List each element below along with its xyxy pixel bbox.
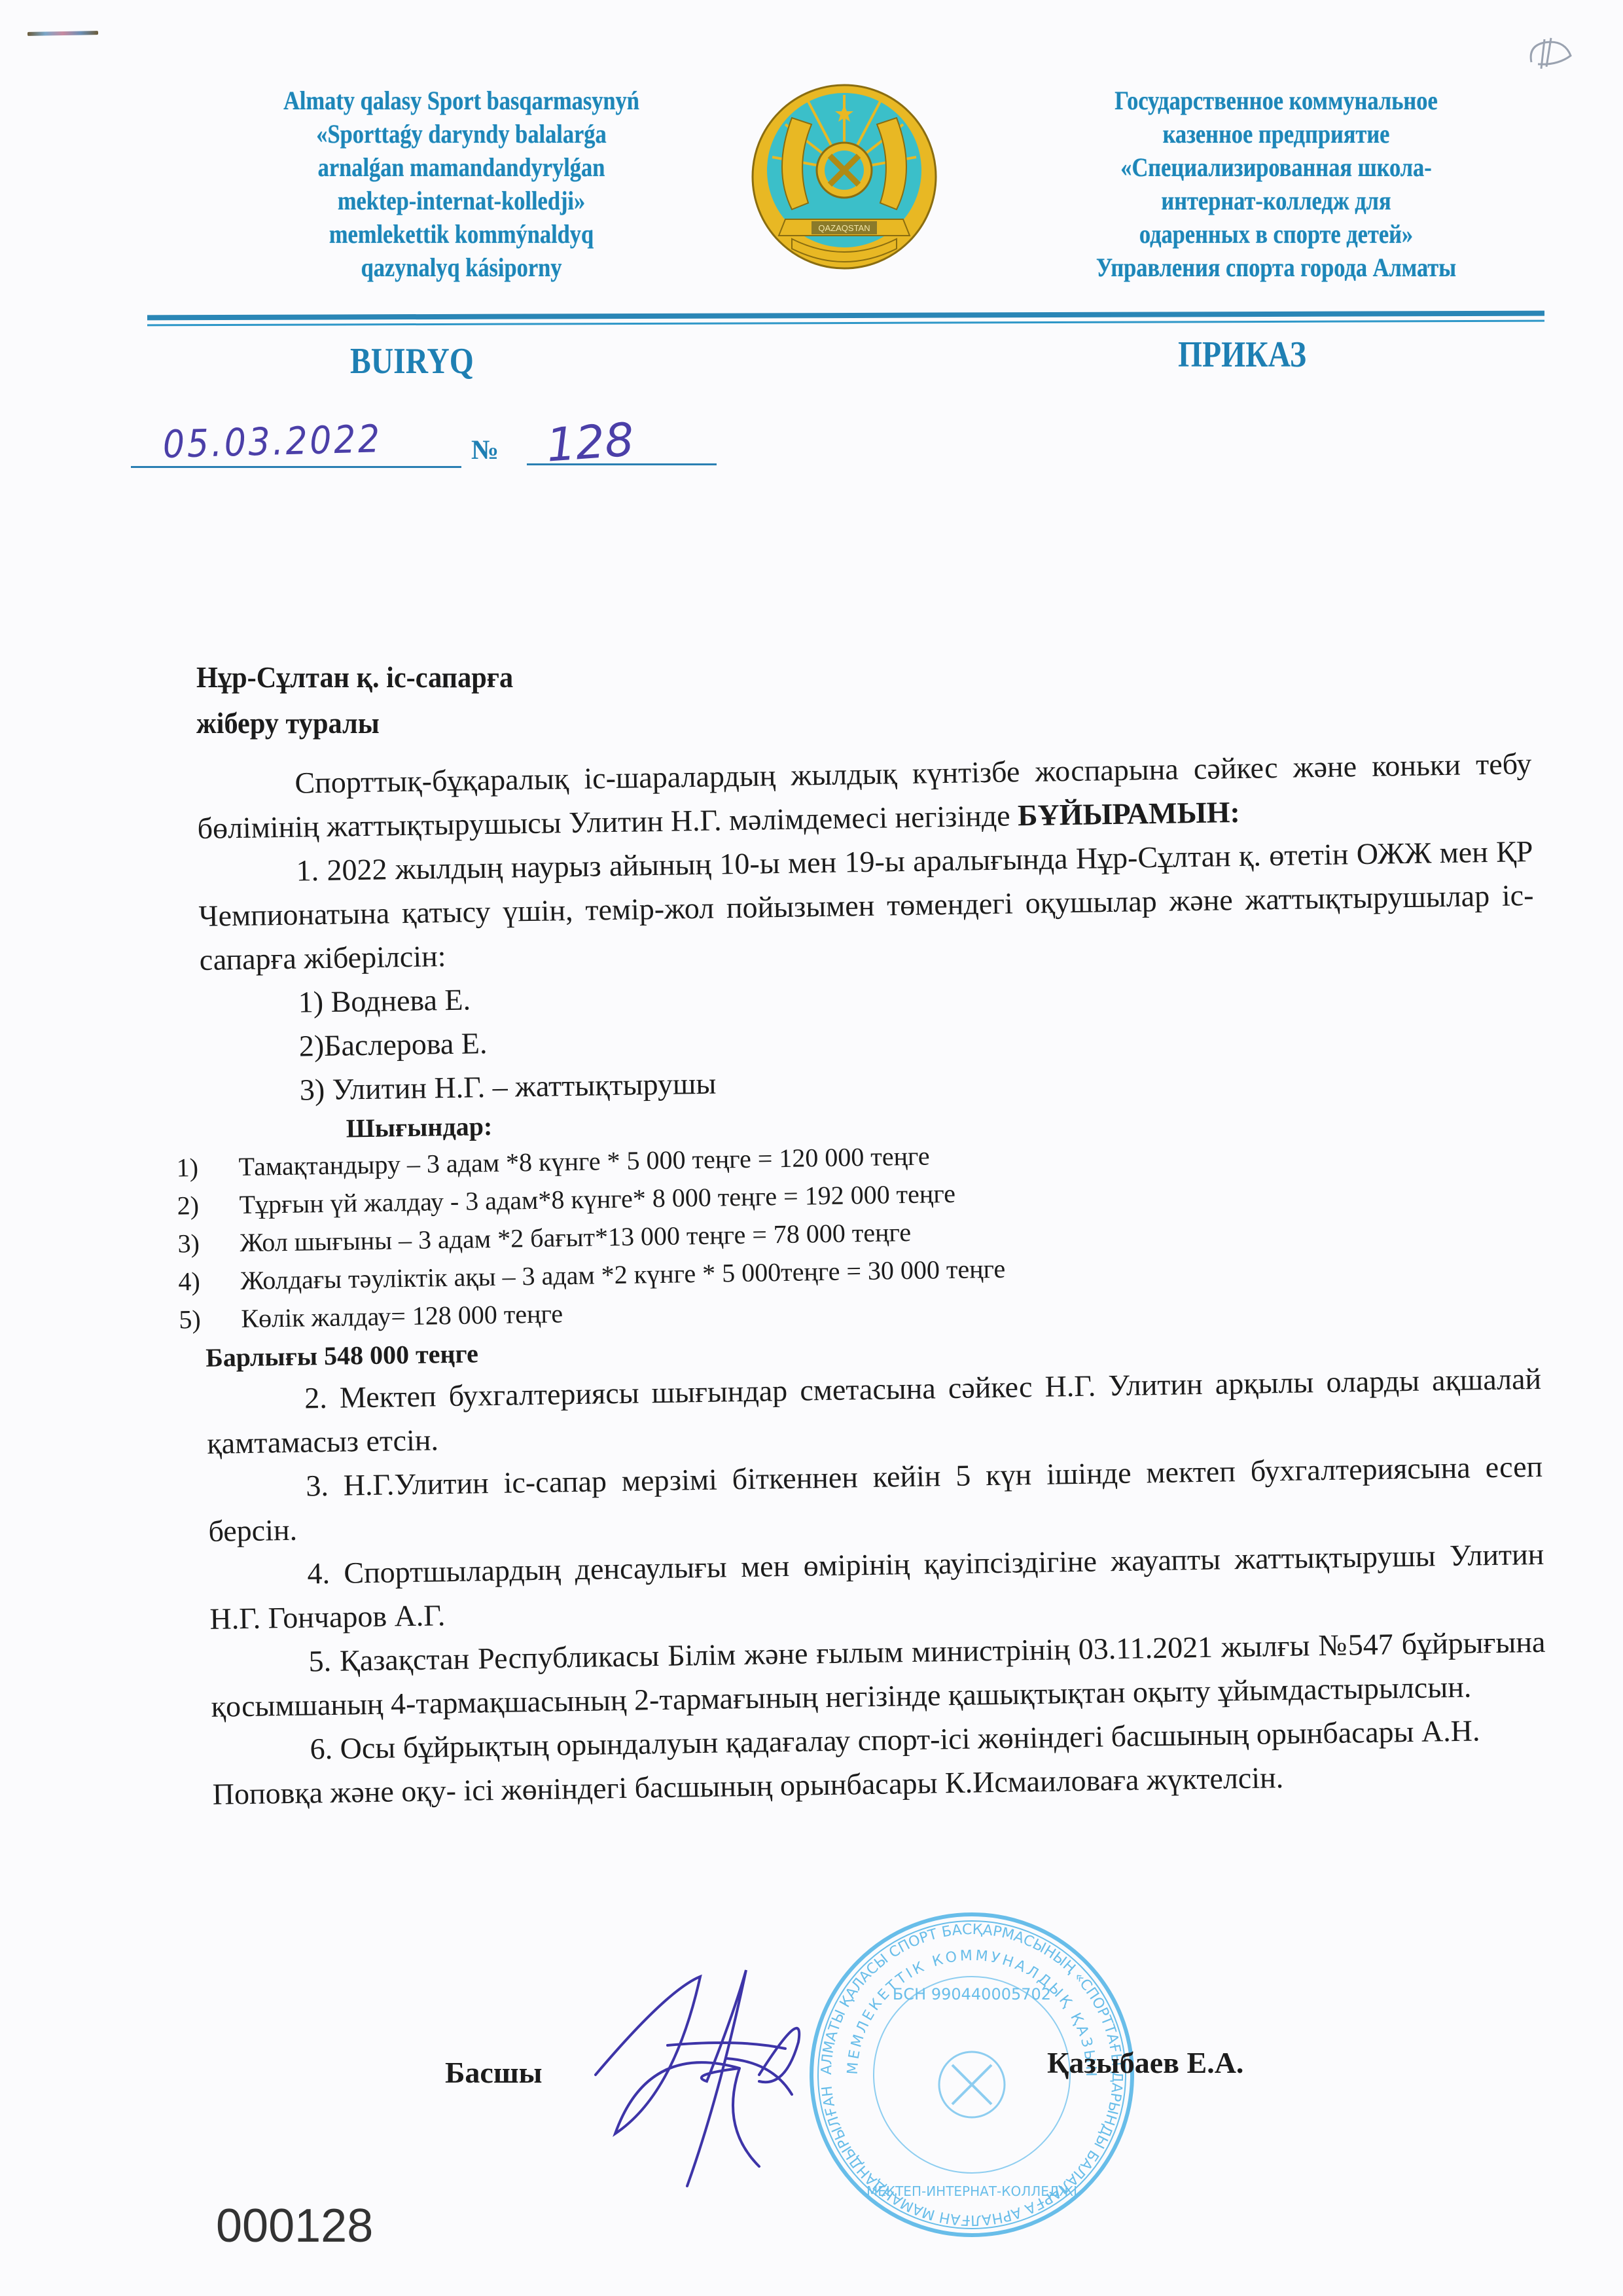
expense-text: Көлік жалдау= 128 000 теңге [241, 1295, 563, 1338]
initials-mark-icon [1525, 33, 1584, 72]
order-number-label: № [471, 435, 499, 466]
handwritten-signature [589, 1964, 942, 2193]
order-date: 05.03.2022 [162, 416, 383, 467]
org-ru-line: интернат-колледж для [1012, 184, 1541, 217]
scan-corner-mark [27, 31, 98, 36]
expense-number: 3) [177, 1224, 240, 1263]
subject-line: Нұр-Сұлтан қ. іс-сапарға [196, 655, 513, 700]
header-divider-thick [147, 311, 1544, 321]
org-kz-line: memlekettik kommýnaldyq [180, 217, 743, 251]
signatory-name: Қазыбаев Е.А. [1047, 2045, 1243, 2080]
org-kz-line: «Sporttaǵy daryndy balalarǵa [180, 117, 743, 151]
header-divider-thin [147, 320, 1544, 327]
org-kz-line: arnalǵan mamandandyrylǵan [180, 151, 743, 184]
org-kz-line: Almaty qalasy Sport basqarmasynyń [180, 84, 743, 117]
org-kz-line: mektep-internat-kolledji» [180, 184, 743, 217]
org-ru-line: одаренных в спорте детей» [1012, 217, 1541, 251]
number-underline [527, 463, 717, 465]
form-serial-number: 000128 [216, 2199, 373, 2253]
org-ru-line: Управления спорта города Алматы [1012, 251, 1541, 284]
state-emblem-icon: QAZAQSTAN [746, 79, 942, 275]
org-ru-line: казенное предприятие [1012, 117, 1541, 151]
order-item-1: 1. 2022 жылдың наурыз айының 10-ы мен 19… [198, 829, 1535, 982]
expense-number: 5) [179, 1300, 241, 1338]
org-name-kz: Almaty qalasy Sport basqarmasynyń «Sport… [180, 84, 743, 284]
doc-type-ru: ПРИКАЗ [1178, 334, 1306, 376]
signatory-role: Басшы [445, 2055, 543, 2090]
expense-number: 2) [177, 1186, 240, 1225]
org-name-ru: Государственное коммунальное казенное пр… [1012, 84, 1541, 284]
date-underline [131, 466, 461, 468]
subject-line: жіберу туралы [196, 700, 513, 746]
order-subject: Нұр-Сұлтан қ. іс-сапарға жіберу туралы [196, 655, 513, 746]
org-kz-line: qazynalyq kásiporny [180, 251, 743, 284]
order-body: Спорттық-бұқаралық іс-шаралардың жылдық … [196, 742, 1548, 1816]
org-ru-line: «Специализированная школа- [1012, 151, 1541, 184]
expense-number: 4) [178, 1262, 241, 1300]
preamble-text: Спорттық-бұқаралық іс-шаралардың жылдық … [197, 747, 1531, 845]
doc-type-kz: BUIRYQ [350, 340, 474, 382]
svg-text:QAZAQSTAN: QAZAQSTAN [818, 223, 870, 233]
order-word: БҰЙЫРАМЫН: [1018, 795, 1240, 832]
org-ru-line: Государственное коммунальное [1012, 84, 1541, 117]
expense-number: 1) [176, 1148, 239, 1187]
